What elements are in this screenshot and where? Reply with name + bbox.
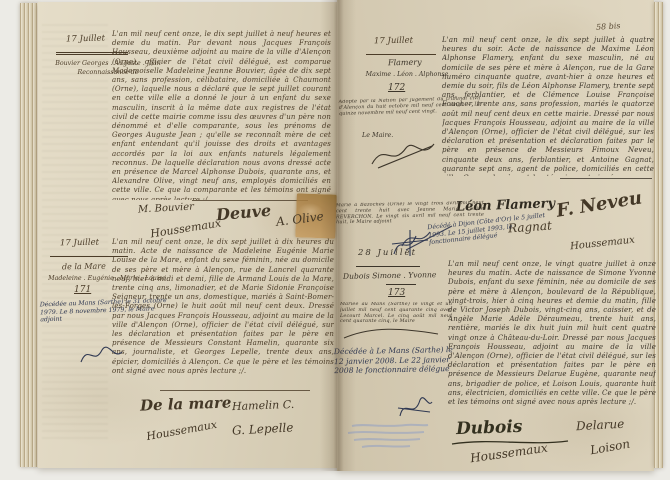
entry172-act-text: L'an mil neuf cent onze, le dix sept jui… xyxy=(442,36,654,176)
signature-delarue: Delarue xyxy=(576,417,625,434)
entry2-closing-rule xyxy=(160,390,310,391)
register-scan: 17 Juillet Bouvier Georges . Auguste . J… xyxy=(0,0,670,480)
faded-blue-stamp xyxy=(344,420,432,452)
entry172-closing-rule xyxy=(560,178,652,179)
entry2-act-number: 171 xyxy=(74,285,91,295)
entry1-act-text: L'an mil neuf cent onze, le dix sept jui… xyxy=(112,30,331,200)
entry173-margin-date: 28 Juillet xyxy=(358,248,417,258)
entry172-act-number: 172 xyxy=(388,83,405,93)
entry173-margin-name: Dubois Simone . Yvonne xyxy=(343,270,436,281)
entry173-act-number: 173 xyxy=(388,288,405,298)
entry173-deces-note: Décédée à Le Mans (Sarthe) le 12 janvier… xyxy=(334,345,462,376)
paraph-fonctionnaire-2008 xyxy=(394,392,434,422)
page-edges-left xyxy=(20,3,38,467)
paraph-maire-1920 xyxy=(368,138,438,172)
entry2-margin-date: 17 Juillet xyxy=(60,238,99,249)
bleedthrough-texture xyxy=(42,24,108,444)
entry172-date-underline xyxy=(366,54,436,55)
entry173-name-underline xyxy=(386,284,416,285)
paraph-maire-adjoint-1979 xyxy=(78,342,124,368)
entry1-margin-date: 17 Juillet xyxy=(66,33,105,44)
entry172-margin-name: Flamery xyxy=(388,58,422,68)
entry1-closing-rule xyxy=(192,200,308,201)
signature-dubois: Dubois xyxy=(456,417,523,439)
signature-delamare: De la mare xyxy=(140,393,232,414)
flourish-stroke xyxy=(342,324,442,342)
entry173-date-underline xyxy=(356,266,420,267)
entry173-act-text: L'an mil neuf cent onze, le vingt quatre… xyxy=(448,260,656,412)
entry2-act-text: L'an mil neuf cent onze, le dix sept jui… xyxy=(112,238,334,390)
folio-number: 58 bis xyxy=(596,21,621,32)
entry172-margin-date: 17 Juillet xyxy=(374,36,413,47)
signature-hamelin: Hamelin C. xyxy=(232,398,295,413)
entry2-margin-name: de la Mare xyxy=(62,262,106,272)
entry173-mariage-note: Mariée au Mans (Sarthe) le vingt et un j… xyxy=(340,302,452,324)
